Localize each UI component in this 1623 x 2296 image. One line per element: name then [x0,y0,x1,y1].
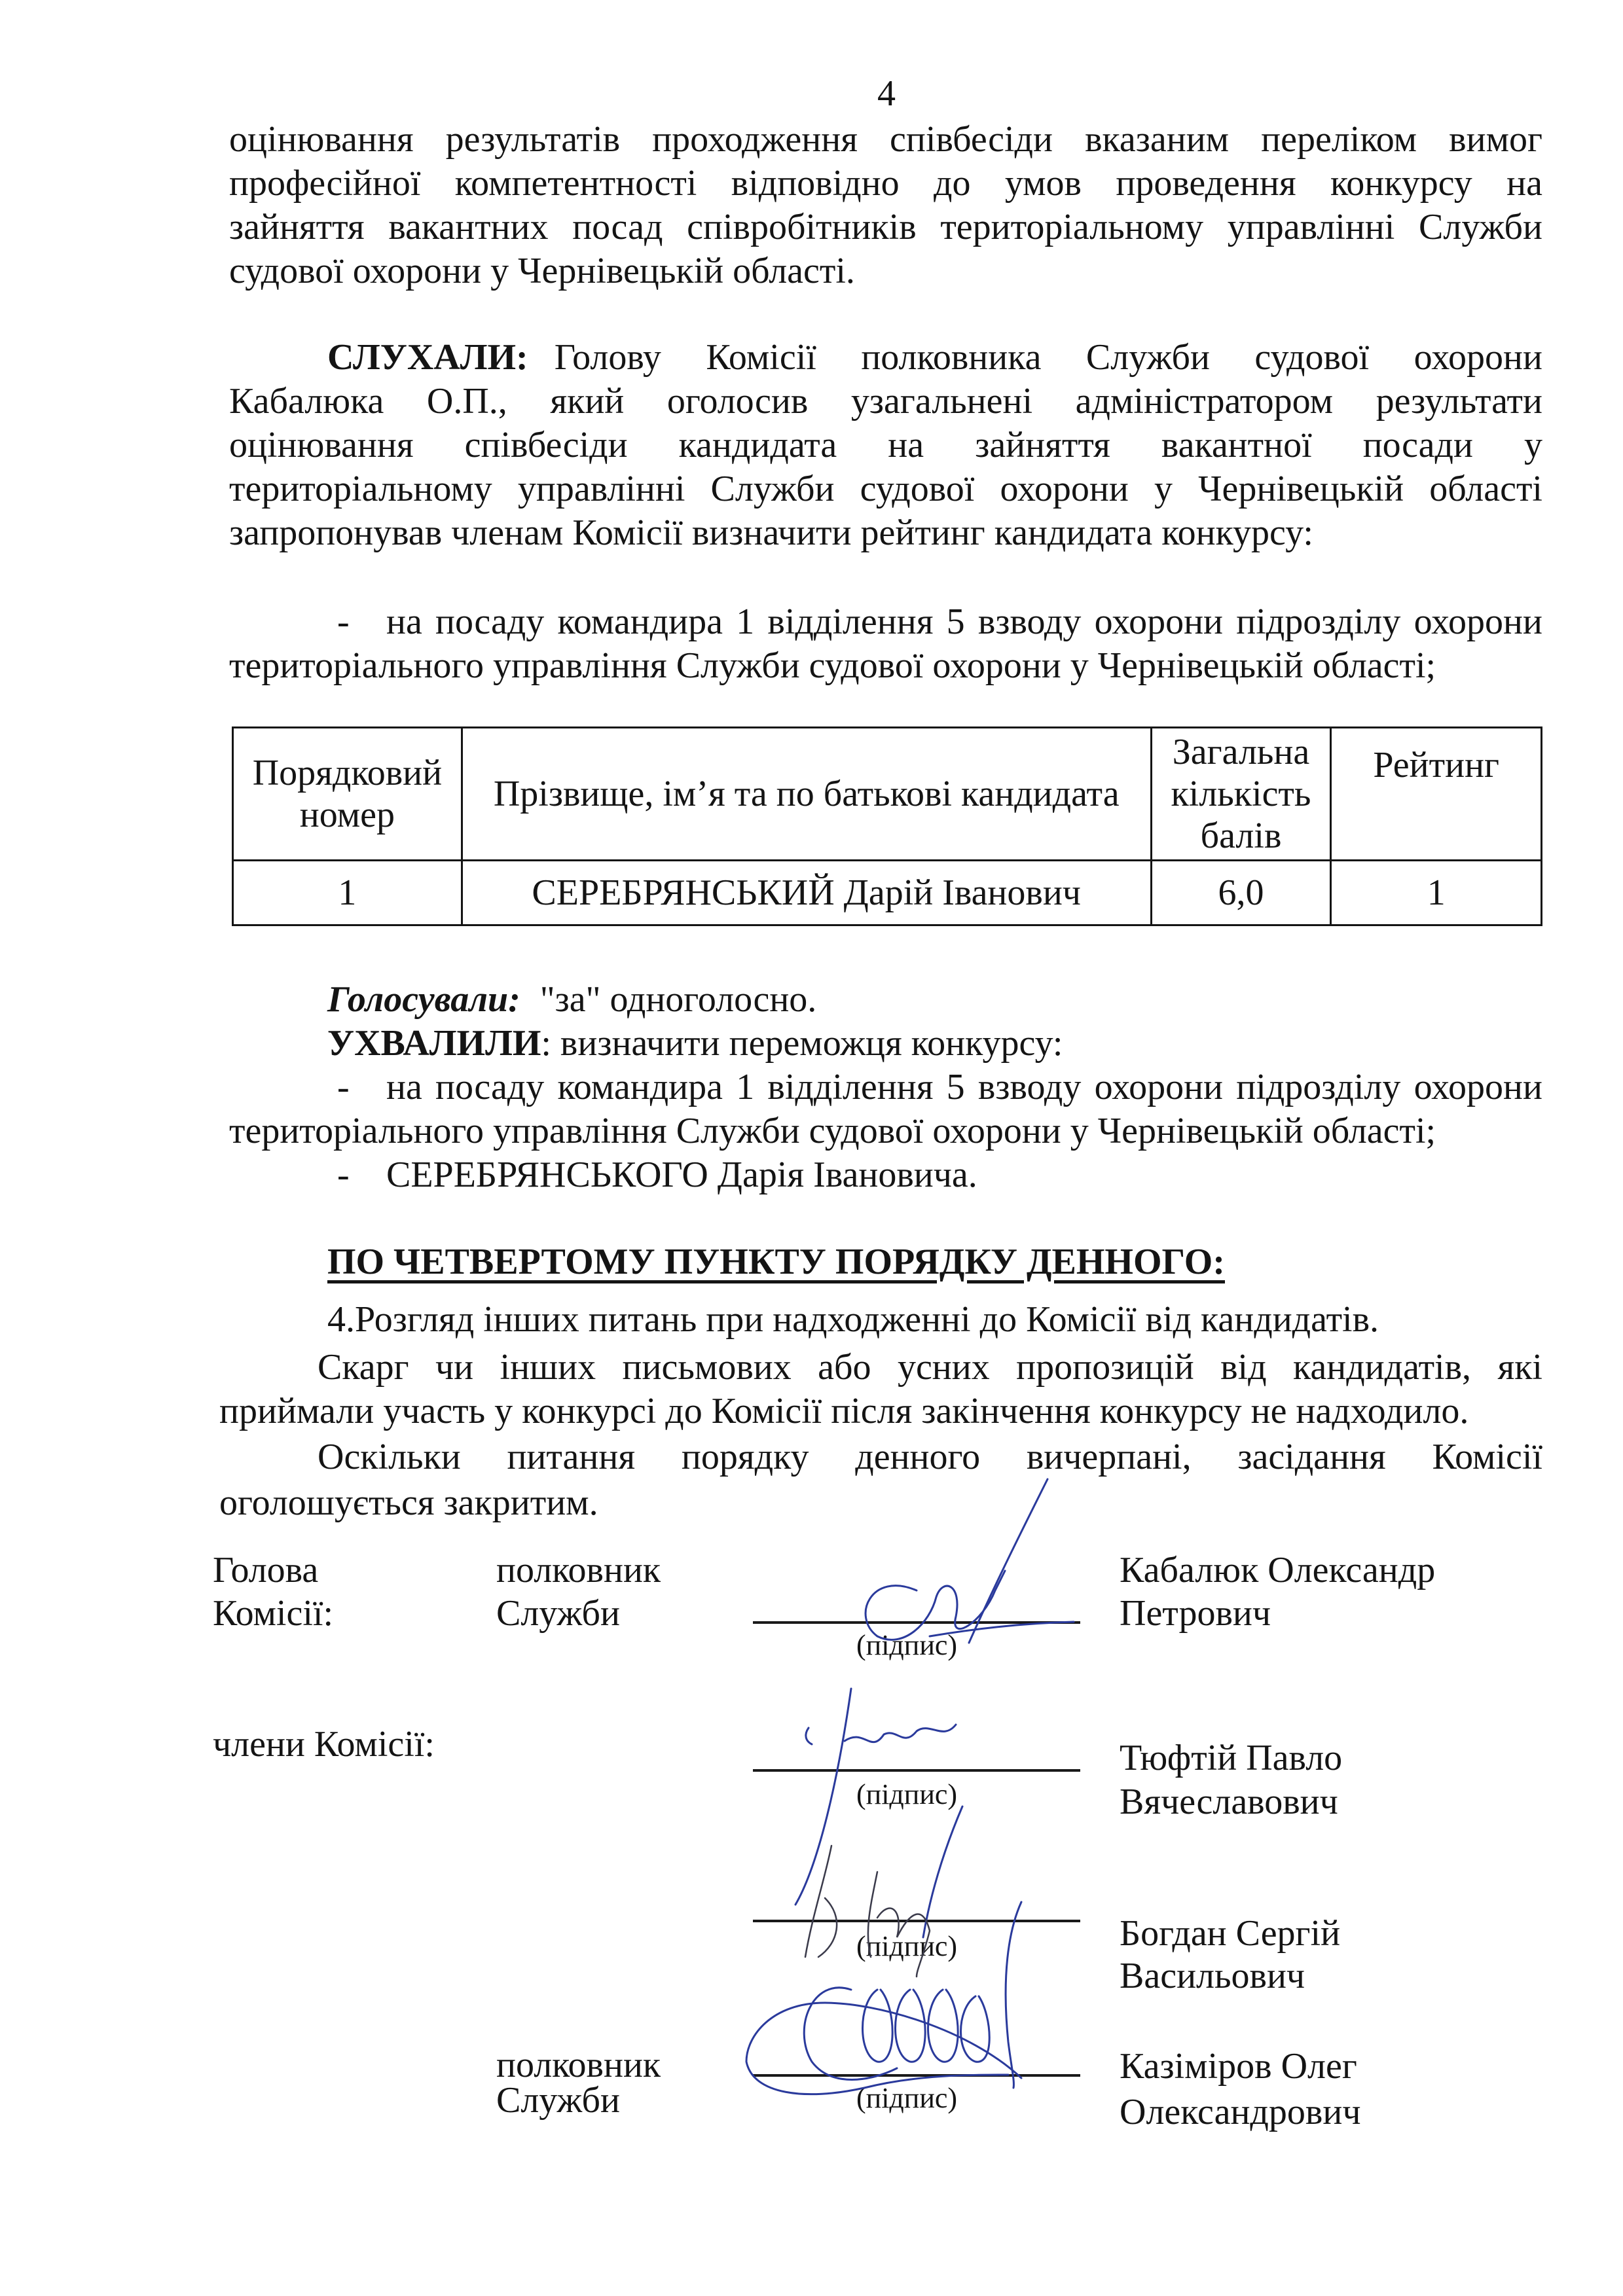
heard-first-line: СЛУХАЛИ: Голову Комісії полковника Служб… [327,336,1542,380]
intro-line: професійної компетентності відповідно до… [229,162,1542,206]
signature-line [753,1769,1080,1772]
decided-line: УХВАЛИЛИ: визначити переможця конкурсу: [327,1022,1063,1066]
signature-line [753,1621,1080,1624]
member-name: Богдан Сергій [1120,1912,1340,1956]
heard-label: СЛУХАЛИ: [327,336,528,380]
heard-first-line-text: Голову Комісії полковника Служби судової… [555,336,1542,380]
bullet: - [337,600,350,644]
complaints-line-2: приймали участь у конкурсі до Комісії пі… [219,1390,1468,1433]
cell-score: 6,0 [1151,861,1331,925]
table-row: 1 СЕРЕБРЯНСЬКИЙ Дарій Іванович 6,0 1 [233,861,1542,925]
intro-line: зайняття вакантних посад співробітників … [229,206,1542,249]
header-text: Порядковий [238,752,457,794]
decided-item1-line2: територіального управління Служби судово… [229,1109,1436,1153]
member-name: Олександрович [1120,2090,1360,2134]
chair-role: Комісії: [213,1592,333,1636]
chair-rank: Служби [496,1592,620,1636]
cell-number: 1 [233,861,462,925]
signature-caption: (підпис) [856,1778,957,1811]
heard-line: територіальному управлінні Служби судово… [229,467,1542,511]
decided-item1-line1: на посаду командира 1 відділення 5 взвод… [386,1066,1542,1109]
decided-item2: СЕРЕБРЯНСЬКОГО Дарія Івановича. [386,1153,977,1197]
member-name: Васильович [1120,1954,1305,1998]
chair-signature-stroke [969,1479,1048,1643]
chair-name: Петрович [1120,1592,1271,1636]
member-name: Тюфтій Павло [1120,1736,1342,1780]
header-rating: Рейтинг [1331,728,1542,861]
chair-role: Голова [213,1549,318,1592]
chair-rank: полковник [496,1549,661,1592]
header-text: Прізвище, ім’я та по батькові кандидата [467,773,1146,815]
header-text: Загальна [1156,731,1326,773]
position-line-1: на посаду командира 1 відділення 5 взвод… [386,600,1542,644]
header-text: номер [238,794,457,836]
table-header-row: Порядковий номер Прізвище, ім’я та по ба… [233,728,1542,861]
intro-line: оцінювання результатів проходження співб… [229,118,1542,162]
voted-label: Голосували: [327,979,520,1020]
bullet: - [337,1153,350,1197]
page-number: 4 [877,72,896,116]
chair-name: Кабалюк Олександр [1120,1549,1435,1592]
heard-line: оцінювання співбесіди кандидата на зайня… [229,423,1542,467]
member-name: Казіміров Олег [1120,2045,1357,2089]
heard-line: Кабалюка О.П., який оголосив узагальнені… [229,380,1542,423]
header-text: кількість [1156,773,1326,815]
signature-line [753,2074,1080,2077]
signature-caption: (підпис) [856,1929,957,1963]
rating-table: Порядковий номер Прізвище, ім’я та по ба… [232,726,1542,926]
fourth-item-heading: ПО ЧЕТВЕРТОМУ ПУНКТУ ПОРЯДКУ ДЕННОГО: [327,1240,1225,1284]
voted-line: Голосували: "за" одноголосно. [327,978,816,1022]
cell-name: СЕРЕБРЯНСЬКИЙ Дарій Іванович [462,861,1151,925]
member-rank: Служби [496,2079,620,2123]
heard-line: запропонував членам Комісії визначити ре… [229,511,1542,555]
signature-line [753,1920,1080,1922]
position-line-2: територіального управління Служби судово… [229,644,1436,688]
closing-line-2: оголошується закритим. [219,1481,598,1525]
member-name: Вячеславович [1120,1780,1338,1824]
fourth-item-line: 4.Розгляд інших питань при надходженні д… [327,1298,1379,1342]
decided-text: : визначити переможця конкурсу: [541,1023,1063,1064]
signature-caption: (підпис) [856,2081,957,2115]
closing-line-1: Оскільки питання порядку денного вичерпа… [318,1435,1542,1479]
header-number: Порядковий номер [233,728,462,861]
cell-rating: 1 [1331,861,1542,925]
header-text: Рейтинг [1336,744,1537,786]
members-label: члени Комісії: [213,1723,435,1767]
complaints-line-1: Скарг чи інших письмових або усних пропо… [318,1346,1542,1390]
header-text: балів [1156,815,1326,857]
intro-line: судової охорони у Чернівецькій області. [229,249,1542,293]
decided-label: УХВАЛИЛИ [327,1023,541,1064]
signature-caption: (підпис) [856,1628,957,1662]
voted-text: "за" одноголосно. [540,979,817,1020]
bullet: - [337,1066,350,1109]
header-name: Прізвище, ім’я та по батькові кандидата [462,728,1151,861]
header-score: Загальна кількість балів [1151,728,1331,861]
